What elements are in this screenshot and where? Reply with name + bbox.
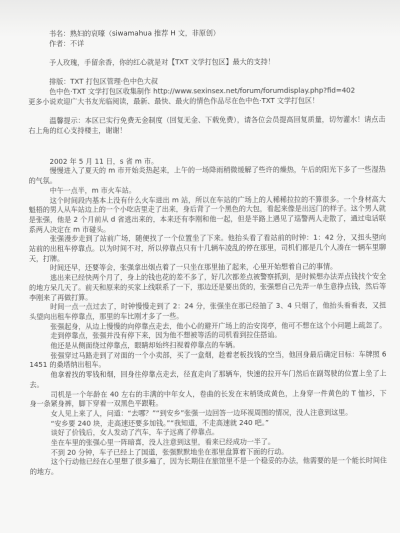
document-page: 书名：熟妇的哀嚎（siwamahua 推荐 H 文，非原创）作者：不详予人玫瑰，… [0, 0, 400, 533]
story-paragraph: 时间一点一点过去了，时钟慢慢走到了 2：24 分，张强坐在那已经抽了 3、4 只… [29, 302, 386, 323]
story-paragraph: 司机是一个年龄在 40 左右的丰满的中年女人，卷曲的长发在末梢烫成黄色，上身穿一… [30, 389, 387, 410]
notice-paragraph: 温馨提示：本区已实行免费无金制度（回复无金、下载免费），请各位会员提高回复质量，… [28, 116, 385, 137]
story-paragraph: 逃出来已经快两个月了，身上的钱也花的差不多了，好几次都差点被警察抓到，是时候想办… [29, 273, 386, 304]
support-line: 予人玫瑰，手留余香，你的红心就是对【TXT 文学打包区】最大的支持！ [28, 58, 385, 69]
story-paragraph: 女人见上来了人，问道：“去哪？”“到安乡”张强一边回答一边环视周围的情况，没人注… [30, 408, 387, 419]
story-paragraph: 张强漫步走到了站前广场，随便找了一个位置坐了下来。他抬头看了看站前的时钟：1：4… [29, 234, 386, 265]
promo-line: 更多小说欢迎广大书友光临阅读，最新、最快、最火的情色作品尽在色中色·TXT 文学… [28, 96, 385, 107]
story-paragraph: 他拿着找的零钱和烟，回身往停靠点走去，径直走向了那辆车，快速的拉开车门然后在副驾… [29, 370, 386, 391]
text-document: 书名：熟妇的哀嚎（siwamahua 推荐 H 文，非原创）作者：不详予人玫瑰，… [28, 28, 387, 477]
story-paragraph: 这个时间段内基本上没有什么火车进出 m 站，所以在车站的广场上的人稀稀拉拉的不算… [29, 195, 386, 235]
story-paragraph: 张强穿过马路走到了对面的一个小卖部，买了一盒烟，趁着老板找钱的空当，他回身最后确… [29, 350, 386, 371]
forum-url-line: 色中色·TXT 文学打包区收集制作 http://www.sexinsex.ne… [28, 87, 385, 98]
author-line: 作者：不详 [28, 38, 385, 49]
story-paragraph: 这个行动他已经在心里想了很多遍了，因为长期住在旅馆里不是一个稳妥的办法，他需要的… [30, 457, 387, 478]
story-paragraph: 慢慢进入了夏天的 m 市开始炎热起来，上午的一场降雨稍微缓解了些许的燥热，午后的… [29, 166, 386, 187]
